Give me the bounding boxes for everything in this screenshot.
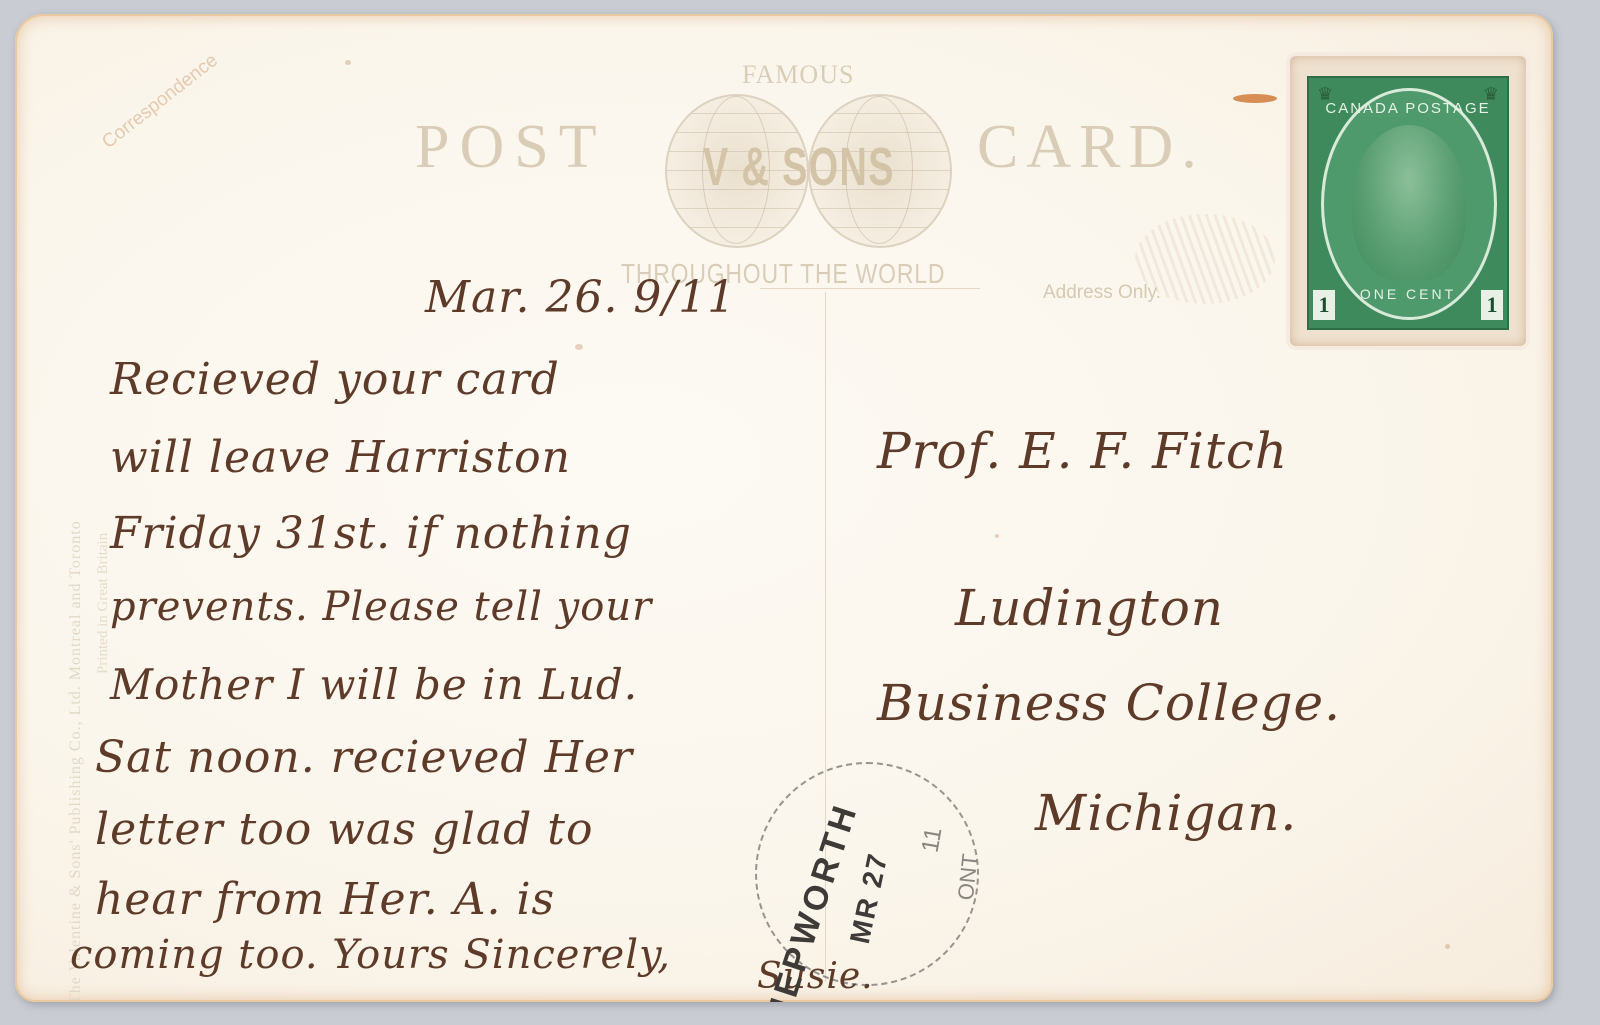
address-state: Michigan. [1035,784,1297,842]
message-line: will leave Harriston [110,432,571,483]
publisher-logo: V & SONS [703,136,895,198]
address-only-label: Address Only. [1043,282,1161,304]
king-portrait-icon [1352,125,1466,281]
message-line: hear from Her. A. is [95,874,555,925]
foxing-spot [1445,944,1450,949]
divider-horizontal [760,288,980,289]
stamp-frame: ♛ ♛ CANADA POSTAGE ONE CENT 1 1 [1307,76,1509,330]
message-line: prevents. Please tell your [110,584,652,630]
stamp-value-right: 1 [1481,290,1503,320]
postage-stamp: ♛ ♛ CANADA POSTAGE ONE CENT 1 1 [1290,56,1526,346]
fingerprint-smudge [1135,214,1275,304]
message-date: Mar. 26. 9/11 [425,272,736,323]
stamp-value-left: 1 [1313,290,1335,320]
correspondence-label: Correspondence [98,50,222,154]
message-line: coming too. Yours Sincerely, [70,932,671,978]
message-line: Mother I will be in Lud. [110,660,638,709]
postmark-year: 11 [917,825,949,854]
postmark-province: ONT [953,853,984,902]
stamp-denomination: ONE CENT [1309,286,1507,302]
foxing-spot [345,60,351,65]
publisher-imprint: The Valentine & Sons' Publishing Co., Lt… [67,520,85,1002]
famous-label: FAMOUS [742,60,854,90]
stamp-country: CANADA POSTAGE [1309,100,1507,117]
message-line: Friday 31st. if nothing [110,508,632,559]
postcard-back: FAMOUS POST V & SONS CARD. THROUGHOUT TH… [15,14,1553,1002]
card-label: CARD. [977,112,1205,183]
address-institution: Business College. [877,674,1341,732]
post-label: POST [415,112,607,183]
foxing-spot [575,344,583,350]
address-city: Ludington [955,579,1224,637]
message-line: letter too was glad to [95,804,593,855]
message-line: Recieved your card [110,354,560,405]
foxing-spot [995,534,999,538]
address-name: Prof. E. F. Fitch [877,422,1288,480]
rust-stain [1233,94,1277,103]
message-line: Sat noon. recieved Her [95,732,633,783]
